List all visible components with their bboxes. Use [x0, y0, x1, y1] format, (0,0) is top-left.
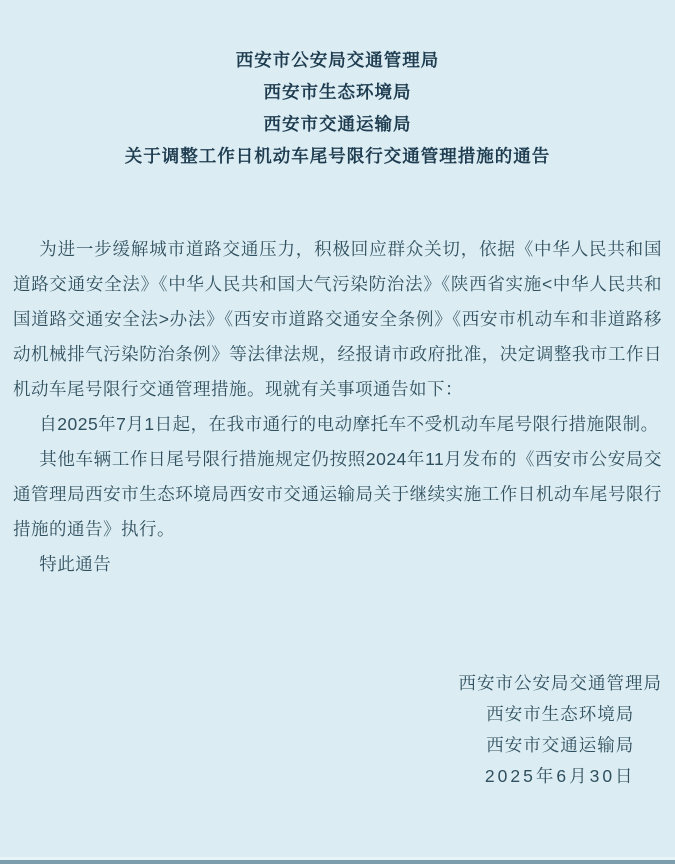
signature-agency-1: 西安市公安局交通管理局 [459, 668, 663, 699]
notice-header: 西安市公安局交通管理局 西安市生态环境局 西安市交通运输局 关于调整工作日机动车… [13, 0, 662, 172]
paragraph-other-vehicles: 其他车辆工作日尾号限行措施规定仍按照2024年11月发布的《西安市公安局交通管理… [13, 442, 662, 547]
header-agency-1: 西安市公安局交通管理局 [13, 44, 662, 76]
paragraph-basis: 为进一步缓解城市道路交通压力，积极回应群众关切，依据《中华人民共和国道路交通安全… [13, 232, 662, 407]
notice-page: 西安市公安局交通管理局 西安市生态环境局 西安市交通运输局 关于调整工作日机动车… [0, 0, 675, 864]
paragraph-exemption: 自2025年7月1日起，在我市通行的电动摩托车不受机动车尾号限行措施限制。 [13, 407, 662, 442]
notice-body: 为进一步缓解城市道路交通压力，积极回应群众关切，依据《中华人民共和国道路交通安全… [13, 232, 662, 582]
header-agency-3: 西安市交通运输局 [13, 108, 662, 140]
closing-statement: 特此通告 [13, 547, 662, 582]
bottom-edge-strip [0, 860, 675, 864]
signature-date: 2025年6月30日 [459, 761, 663, 792]
notice-title: 关于调整工作日机动车尾号限行交通管理措施的通告 [13, 140, 662, 172]
signature-agency-2: 西安市生态环境局 [459, 699, 663, 730]
signature-agency-3: 西安市交通运输局 [459, 730, 663, 761]
signature-block: 西安市公安局交通管理局 西安市生态环境局 西安市交通运输局 2025年6月30日 [459, 668, 663, 792]
header-agency-2: 西安市生态环境局 [13, 76, 662, 108]
